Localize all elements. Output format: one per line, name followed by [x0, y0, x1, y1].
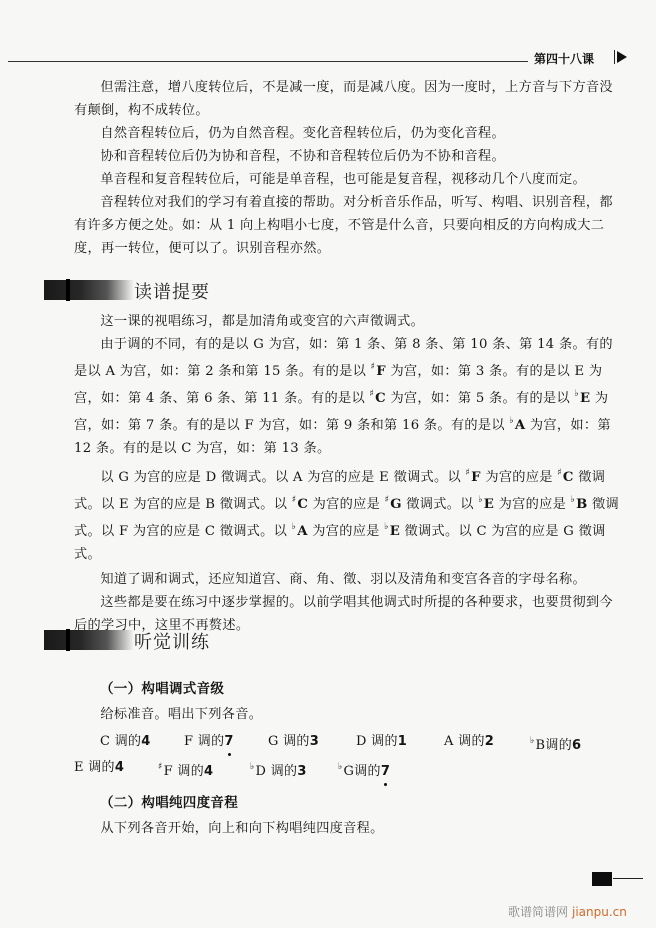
degree: 4 [115, 760, 124, 775]
text: 为宫，如：第 5 条。有的是以 [386, 391, 575, 406]
key: B [536, 738, 546, 753]
section-title: 读谱提要 [134, 278, 210, 304]
note-name: E [484, 497, 494, 512]
sharp-icon: ♯ [385, 495, 390, 505]
degree: 2 [485, 734, 494, 749]
watermark-text: 歌谱简谱网 [508, 905, 568, 919]
page-marker-line [613, 878, 643, 879]
label: 调的 [458, 734, 485, 749]
exercise-item: E 调的4 [74, 756, 158, 780]
sharp-icon: ♯ [557, 468, 562, 478]
intro-text: 但需注意，增八度转位后，不是减一度，而是减八度。因为一度时，上方音与下方音没有颠… [74, 76, 626, 260]
subsection-heading: （一）构唱调式音级 [100, 678, 626, 701]
label: 调的 [177, 764, 204, 779]
label: 调的 [115, 734, 142, 749]
page-header: 第四十八课 [0, 48, 656, 68]
sharp-icon: ♯ [370, 389, 375, 399]
degree: 1 [398, 734, 407, 749]
note-name: C [375, 391, 386, 406]
degree: 6 [572, 738, 581, 753]
degree-low-octave: 7 [224, 730, 233, 753]
section-heading-reading-tips: 读谱提要 [44, 278, 304, 302]
note-name: C [297, 497, 308, 512]
key: A [444, 734, 454, 749]
paragraph-modes: 以 G 为宫的应是 D 徵调式。以 A 为宫的应是 E 徵调式。以 ♯F 为宫的… [74, 462, 626, 566]
subsection-heading: （二）构唱纯四度音程 [100, 792, 626, 815]
exercise-item: F 调的7 [184, 730, 268, 754]
key: E [74, 760, 84, 775]
label: 调的 [354, 764, 381, 779]
reading-tips-text: 这一课的视唱练习，都是加清角或变宫的六声徵调式。 由于调的不同，有的是以 G 为… [74, 310, 626, 637]
triangle-right-icon [617, 51, 627, 63]
flat-icon: ♭ [292, 522, 297, 532]
text: 以 G 为宫的应是 D 徵调式。以 A 为宫的应是 E 徵调式。以 [100, 470, 465, 485]
label: 调的 [198, 734, 225, 749]
sharp-icon: ♯ [292, 495, 297, 505]
note-name: C [563, 470, 574, 485]
flat-icon: ♭ [338, 762, 343, 772]
flat-icon: ♭ [571, 495, 576, 505]
exercise-item: ♭D 调的3 [250, 756, 338, 780]
label: 调的 [545, 738, 572, 753]
exercise-item: ♭B调的6 [530, 730, 581, 754]
instruction: 从下列各音开始，向上和向下构唱纯四度音程。 [74, 817, 626, 840]
text: 为宫的应是 [481, 470, 557, 485]
paragraph: 单音程和复音程转位后，可能是单音程，也可能是复音程，视移动几个八度而定。 [74, 168, 626, 191]
degree-low-octave: 7 [381, 760, 390, 783]
lesson-title: 第四十八课 [534, 50, 594, 67]
section-title: 听觉训练 [134, 628, 210, 654]
flat-icon: ♭ [574, 389, 579, 399]
exercise-item: G 调的3 [268, 730, 356, 754]
exercise-item: ♯F 调的4 [158, 756, 250, 780]
key: G [344, 764, 355, 779]
watermark-url: jianpu.cn [572, 905, 627, 919]
note-name: F [376, 364, 386, 379]
paragraph-keys: 由于调的不同，有的是以 G 为宫，如：第 1 条、第 8 条、第 10 条、第 … [74, 333, 626, 460]
exercise-item: D 调的1 [356, 730, 444, 754]
note-name: E [580, 391, 590, 406]
section-bar-decoration [44, 630, 134, 650]
sharp-icon: ♯ [466, 468, 471, 478]
paragraph: 但需注意，增八度转位后，不是减一度，而是减八度。因为一度时，上方音与下方音没有颠… [74, 76, 626, 122]
paragraph: 音程转位对我们的学习有着直接的帮助。对分析音乐作品，听写、构唱、识别音程，都有许… [74, 191, 626, 260]
note-name: G [390, 497, 402, 512]
watermark: 歌谱简谱网jianpu.cn [508, 903, 627, 920]
note-name: A [515, 418, 526, 433]
label: 调的 [88, 760, 115, 775]
key: D [256, 764, 267, 779]
flat-icon: ♭ [478, 495, 483, 505]
text: 徵调式。以 [402, 497, 478, 512]
paragraph: 自然音程转位后，仍为自然音程。变化音程转位后，仍为变化音程。 [74, 122, 626, 145]
header-rule [8, 61, 528, 62]
label: 调的 [283, 734, 310, 749]
degree: 3 [297, 764, 306, 779]
section-heading-ear-training: 听觉训练 [44, 628, 304, 652]
text: 为宫的应是 [308, 524, 384, 539]
text: 为宫的应是 [308, 497, 384, 512]
key: G [268, 734, 279, 749]
ear-training-content: （一）构唱调式音级 给标准音。唱出下列各音。 C 调的4 F 调的7 G 调的3… [74, 678, 626, 840]
note-name: F [471, 470, 481, 485]
exercise-item: ♭G调的7 [338, 756, 390, 780]
paragraph: 协和音程转位后仍为协和音程，不协和音程转位后仍为不协和音程。 [74, 145, 626, 168]
exercise-item: C 调的4 [100, 730, 184, 754]
note-name: E [390, 524, 400, 539]
degree: 4 [204, 764, 213, 779]
flat-icon: ♭ [250, 762, 255, 772]
paragraph: 这一课的视唱练习，都是加清角或变宫的六声徵调式。 [74, 310, 626, 333]
exercise-row-1: C 调的4 F 调的7 G 调的3 D 调的1 A 调的2 ♭B调的6 [100, 730, 626, 754]
instruction: 给标准音。唱出下列各音。 [74, 703, 626, 726]
flat-icon: ♭ [384, 522, 389, 532]
paragraph: 知道了调和调式，还应知道宫、商、角、徵、羽以及清角和变宫各音的字母名称。 [74, 568, 626, 591]
key: F [184, 734, 193, 749]
note-name: B [576, 497, 587, 512]
key: D [356, 734, 367, 749]
exercise-item: A 调的2 [444, 730, 530, 754]
key: F [164, 764, 173, 779]
header-separator [614, 50, 615, 64]
section-bar-decoration [44, 280, 134, 300]
degree: 3 [310, 734, 319, 749]
note-name: A [297, 524, 308, 539]
exercise-row-2: E 调的4 ♯F 调的4 ♭D 调的3 ♭G调的7 [74, 756, 626, 780]
sharp-icon: ♯ [158, 762, 163, 772]
sharp-icon: ♯ [371, 362, 376, 372]
degree: 4 [141, 734, 150, 749]
flat-icon: ♭ [530, 736, 535, 746]
flat-icon: ♭ [509, 416, 514, 426]
label: 调的 [271, 764, 298, 779]
text: 为宫的应是 [494, 497, 570, 512]
key: C [100, 734, 110, 749]
page-marker-block [592, 872, 612, 886]
label: 调的 [371, 734, 398, 749]
